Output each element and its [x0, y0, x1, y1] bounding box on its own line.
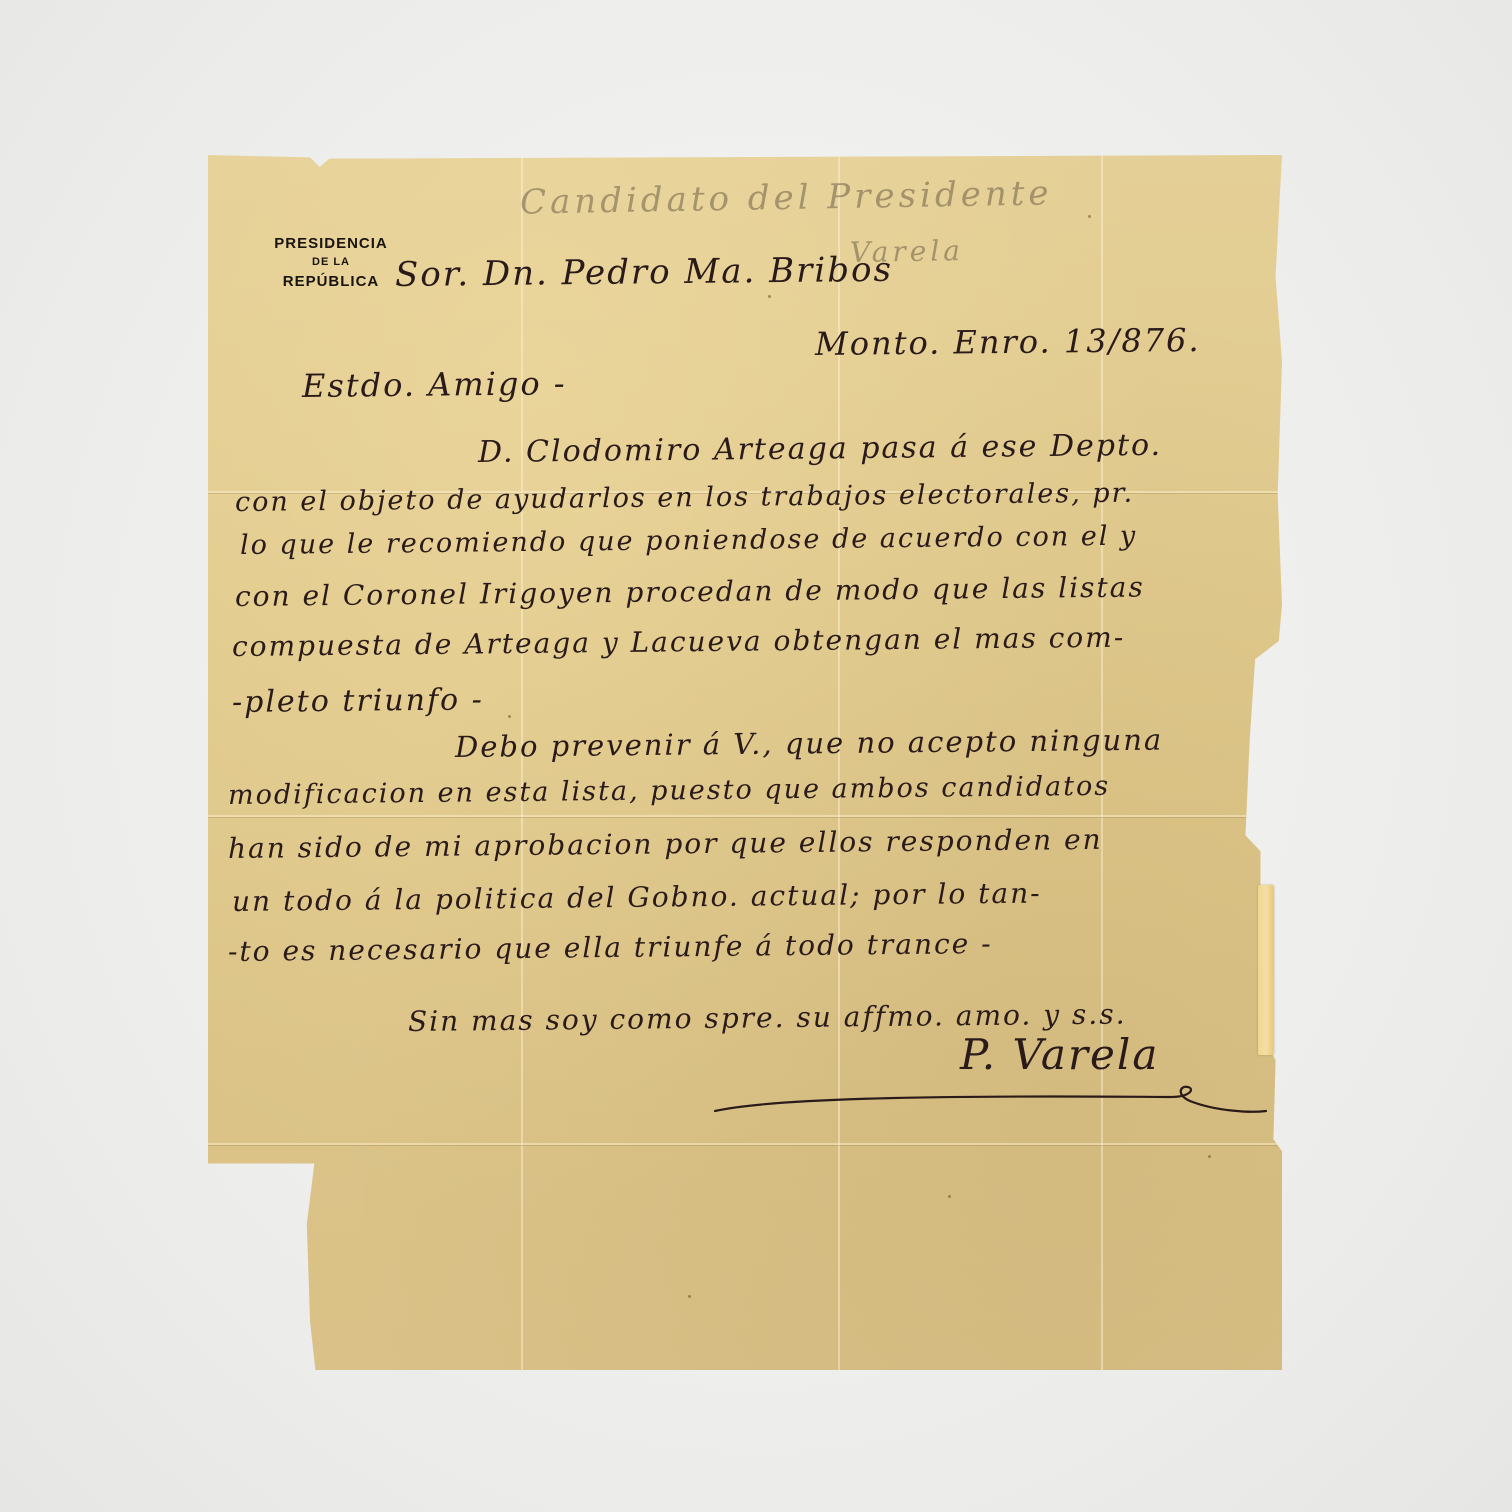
paper-spot	[1088, 215, 1091, 218]
paper-spot	[688, 1295, 691, 1298]
letterhead: PRESIDENCIA DE LA REPÚBLICA	[272, 233, 390, 292]
body-line: -pleto triunfo -	[232, 682, 484, 720]
paper-spot	[948, 1195, 951, 1198]
letterhead-line-3: REPÚBLICA	[272, 271, 390, 293]
paper-spot	[508, 715, 511, 718]
repair-tape-strip	[1258, 885, 1274, 1055]
paper-spot	[768, 295, 771, 298]
fold-line-horizontal	[208, 815, 1282, 817]
salutation: Estdo. Amigo -	[302, 364, 567, 405]
body-line: D. Clodomiro Arteaga pasa á ese Depto.	[478, 428, 1162, 470]
signature-flourish-icon	[710, 1075, 1270, 1125]
fold-line-horizontal	[208, 1143, 1282, 1145]
paper-spot	[1208, 1155, 1211, 1158]
place-date-line: Monto. Enro. 13/876.	[815, 321, 1201, 363]
recipient-line: Sor. Dn. Pedro Ma. Bribos	[395, 250, 893, 295]
letterhead-line-2: DE LA	[272, 255, 390, 271]
letterhead-line-1: PRESIDENCIA	[272, 233, 390, 255]
signature: P. Varela	[960, 1030, 1159, 1079]
